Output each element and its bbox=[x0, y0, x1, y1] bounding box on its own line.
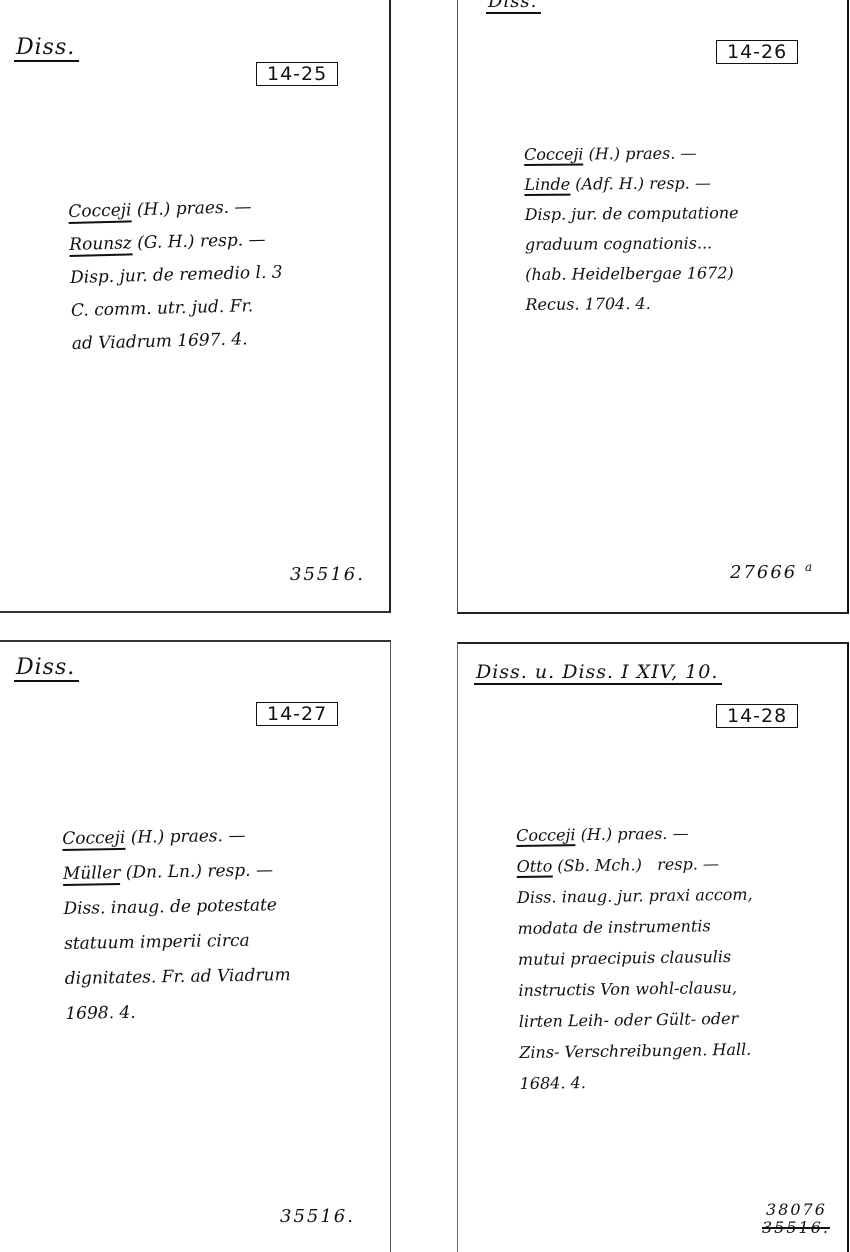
respondent-role: (Dn. Ln.) resp. — bbox=[126, 860, 274, 883]
respondent-line: Müller (Dn. Ln.) resp. — bbox=[63, 853, 289, 892]
praeses-line: Cocceji (H.) praes. — bbox=[62, 818, 288, 857]
class-mark: Diss. u. Diss. I XIV, 10. bbox=[474, 662, 722, 685]
title-line: dignitates. Fr. ad Viadrum bbox=[64, 958, 290, 997]
praeses-name: Cocceji bbox=[68, 200, 132, 224]
praeses-line: Cocceji (H.) praes. — bbox=[516, 817, 752, 851]
title-line: Disp. jur. de remedio l. 3 bbox=[70, 256, 283, 295]
catalog-card-14-26: Diss. 14-26 Cocceji (H.) praes. — Linde … bbox=[457, 0, 849, 614]
title-line: graduum cognationis... bbox=[525, 228, 739, 260]
respondent-line: Otto (Sb. Mch.) resp. — bbox=[516, 848, 752, 882]
respondent-role: (G. H.) resp. — bbox=[137, 230, 266, 253]
respondent-name: Otto bbox=[517, 856, 553, 877]
title-line: 1698. 4. bbox=[65, 993, 291, 1032]
catalog-entry: Cocceji (H.) praes. — Rounsz (G. H.) res… bbox=[68, 190, 285, 361]
accession-suffix: a bbox=[805, 560, 814, 574]
praeses-name: Cocceji bbox=[516, 825, 576, 847]
praeses-line: Cocceji (H.) praes. — bbox=[68, 190, 281, 229]
praeses-name: Cocceji bbox=[62, 828, 125, 851]
class-mark: Diss. bbox=[14, 656, 79, 682]
catalog-entry: Cocceji (H.) praes. — Müller (Dn. Ln.) r… bbox=[62, 818, 292, 1032]
accession-number: 38076 bbox=[766, 1200, 827, 1219]
catalog-entry: Cocceji (H.) praes. — Linde (Adf. H.) re… bbox=[524, 138, 740, 320]
praeses-role: (H.) praes. — bbox=[588, 143, 696, 163]
respondent-role: (Sb. Mch.) resp. — bbox=[557, 854, 719, 875]
praeses-name: Cocceji bbox=[524, 144, 584, 166]
respondent-role: (Adf. H.) resp. — bbox=[575, 173, 711, 193]
respondent-name: Rounsz bbox=[69, 233, 132, 257]
title-line: statuum imperii circa bbox=[64, 923, 290, 962]
praeses-role: (H.) praes. — bbox=[131, 826, 246, 848]
accession-number-struck: 35516. bbox=[762, 1218, 830, 1237]
call-number-box: 14-27 bbox=[256, 702, 338, 726]
accession-value: 27666 bbox=[730, 562, 797, 583]
catalog-card-14-28: Diss. u. Diss. I XIV, 10. 14-28 Cocceji … bbox=[457, 642, 849, 1252]
title-line: ad Viadrum 1697. 4. bbox=[71, 322, 284, 361]
title-line: modata de instrumentis bbox=[517, 910, 753, 944]
call-number-box: 14-28 bbox=[716, 704, 798, 728]
catalog-card-14-27: Diss. 14-27 Cocceji (H.) praes. — Müller… bbox=[0, 640, 391, 1252]
accession-number: 27666 a bbox=[730, 560, 814, 583]
respondent-name: Linde bbox=[524, 175, 570, 196]
accession-number: 35516. bbox=[290, 564, 365, 585]
catalog-entry: Cocceji (H.) praes. — Otto (Sb. Mch.) re… bbox=[516, 817, 755, 1099]
title-line: (hab. Heidelbergae 1672) bbox=[525, 258, 739, 290]
praeses-line: Cocceji (H.) praes. — bbox=[524, 138, 738, 170]
title-line: C. comm. utr. jud. Fr. bbox=[71, 289, 284, 328]
title-line: mutui praecipuis clausulis bbox=[518, 941, 754, 975]
respondent-line: Rounsz (G. H.) resp. — bbox=[69, 223, 282, 262]
title-line: Diss. inaug. de potestate bbox=[63, 888, 289, 927]
title-line: Disp. jur. de computatione bbox=[525, 198, 739, 230]
title-line: Zins- Verschreibungen. Hall. bbox=[519, 1034, 755, 1068]
accession-number: 35516. bbox=[280, 1206, 355, 1227]
praeses-role: (H.) praes. — bbox=[581, 824, 689, 845]
respondent-line: Linde (Adf. H.) resp. — bbox=[524, 168, 738, 200]
call-number-box: 14-25 bbox=[256, 62, 338, 86]
title-line: lirten Leih- oder Gült- oder bbox=[519, 1003, 755, 1037]
catalog-card-14-25: Diss. 14-25 Cocceji (H.) praes. — Rounsz… bbox=[0, 0, 391, 613]
title-line: Diss. inaug. jur. praxi accom, bbox=[517, 879, 753, 913]
respondent-name: Müller bbox=[63, 863, 121, 886]
title-line: 1684. 4. bbox=[519, 1065, 755, 1099]
title-line: Recus. 1704. 4. bbox=[525, 288, 739, 320]
call-number-box: 14-26 bbox=[716, 40, 798, 64]
class-mark: Diss. bbox=[486, 0, 541, 14]
praeses-role: (H.) praes. — bbox=[137, 197, 252, 220]
class-mark: Diss. bbox=[14, 36, 79, 62]
title-line: instructis Von wohl-clausu, bbox=[518, 972, 754, 1006]
